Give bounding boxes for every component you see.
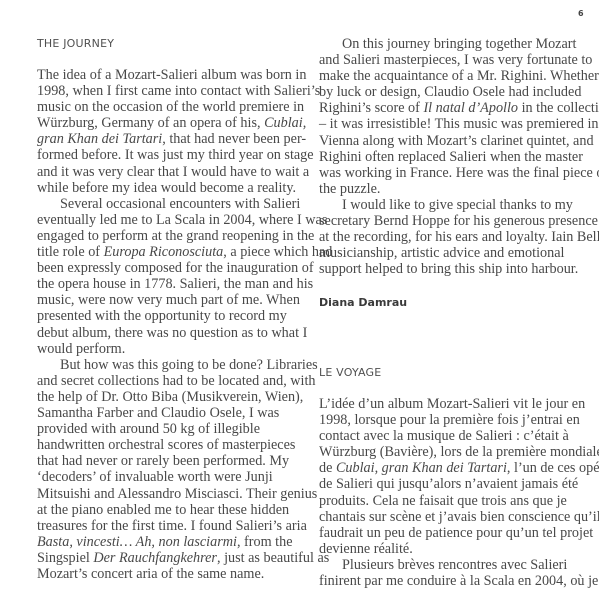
text-line: music on the occasion of the world premi… [37, 99, 302, 115]
text-line: Basta, vincesti… Ah, non lasciarmi, from… [37, 534, 302, 550]
text-line: provided with around 50 kg of illegible [37, 421, 302, 437]
text-line: title role of Europa Riconosciuta, a pie… [37, 244, 302, 260]
author-signature: Diana Damrau [319, 295, 407, 311]
text-line: produits. Cela ne faisait que trois ans … [319, 493, 589, 509]
text-line: On this journey bringing together Mozart [319, 36, 589, 52]
text-line: contact avec la musique de Salieri : c’é… [319, 428, 589, 444]
text-line: The idea of a Mozart-Salieri album was b… [37, 67, 302, 83]
text-line: faudrait un peu de patience pour qu’un t… [319, 525, 589, 541]
text-line: at the recording, for his ears and loyal… [319, 229, 589, 245]
text-line: chantais sur scène et j’avais bien consc… [319, 509, 589, 525]
text-line: L’idée d’un album Mozart-Salieri vit le … [319, 396, 589, 412]
text-line: – it was irresistible! This music was pr… [319, 116, 589, 132]
text-line: music, were now very much part of me. Wh… [37, 292, 302, 308]
text-line: Vienna along with Mozart’s clarinet quin… [319, 133, 589, 149]
paragraph: But how was this going to be done? Libra… [37, 357, 302, 582]
text-line: eventually led me to La Scala in 2004, w… [37, 212, 302, 228]
text-line: at the piano enabled me to hear these hi… [37, 502, 302, 518]
text-line: musicianship, artistic advice and emotio… [319, 245, 589, 261]
text-line: ‘decoders’ of invaluable worth were Junj… [37, 469, 302, 485]
paragraph: On this journey bringing together Mozart… [319, 36, 589, 197]
text-line: the opera house in 1778. Salieri, the ma… [37, 276, 302, 292]
paragraph: Plusieurs brèves rencontres avec Salieri… [319, 557, 589, 589]
text-line: while before my idea would become a real… [37, 180, 302, 196]
section-heading-voyage: LE VOYAGE [319, 365, 381, 381]
text-line: de Cublai, gran Khan dei Tartari, l’un d… [319, 460, 589, 476]
text-line: debut album, there was no question as to… [37, 325, 302, 341]
section-heading-journey: THE JOURNEY [37, 36, 114, 52]
text-line: Righini often replaced Salieri when the … [319, 149, 589, 165]
text-line: Würzburg, Germany of an opera of his, Cu… [37, 115, 302, 131]
opera-title: Il natal d’Apollo [423, 100, 518, 116]
opera-title: Cublai, gran Khan dei Tartari [336, 460, 507, 476]
text-line: would perform. [37, 341, 302, 357]
text-line: support helped to bring this ship into h… [319, 261, 589, 277]
text-line: that had never or rarely been performed.… [37, 453, 302, 469]
text-line: presented with the opportunity to record… [37, 308, 302, 324]
paragraph: I would like to give special thanks to m… [319, 197, 589, 277]
text-line: been expressly composed for the inaugura… [37, 260, 302, 276]
text-line: the help of Dr. Otto Biba (Musikverein, … [37, 389, 302, 405]
text-line: Samantha Farber and Claudio Osele, I was [37, 405, 302, 421]
opera-title: Europa Riconosciuta [104, 244, 224, 260]
text-line: de Salieri qui jusqu’alors n’avaient jam… [319, 476, 589, 492]
text-line: Righini’s score of Il natal d’Apollo in … [319, 100, 589, 116]
text-line: Würzburg (Bavière), lors de la première … [319, 444, 589, 460]
text-line: handwritten orchestral scores of masterp… [37, 437, 302, 453]
text-line: secretary Bernd Hoppe for his generous p… [319, 213, 589, 229]
text-line: was working in France. Here was the fina… [319, 165, 589, 181]
text-line: treasures for the first time. I found Sa… [37, 518, 302, 534]
text-line: make the acquaintance of a Mr. Righini. … [319, 68, 589, 84]
text-line: Plusieurs brèves rencontres avec Salieri [319, 557, 589, 573]
text-line: 1998, lorsque pour la première fois j’en… [319, 412, 589, 428]
text-line: Several occasional encounters with Salie… [37, 196, 302, 212]
text-line: Mitsuishi and Alessandro Misciasci. Thei… [37, 486, 302, 502]
opera-title: Cublai, [264, 115, 306, 131]
text-line: But how was this going to be done? Libra… [37, 357, 302, 373]
text-line: Mozart’s concert aria of the same name. [37, 566, 302, 582]
text-line: engaged to perform at the grand reopenin… [37, 228, 302, 244]
text-line: devienne réalité. [319, 541, 589, 557]
text-line: formed before. It was just my third year… [37, 147, 302, 163]
paragraph: L’idée d’un album Mozart-Salieri vit le … [319, 396, 589, 557]
paragraph: The idea of a Mozart-Salieri album was b… [37, 67, 302, 196]
text-line: Singspiel Der Rauchfangkehrer, just as b… [37, 550, 302, 566]
page-number: 6 [578, 9, 584, 18]
text-line: gran Khan dei Tartari, that had never be… [37, 131, 302, 147]
text-line: I would like to give special thanks to m… [319, 197, 589, 213]
text-line: and Salieri masterpieces, I was very for… [319, 52, 589, 68]
paragraph: Several occasional encounters with Salie… [37, 196, 302, 357]
text-line: and secret collections had to be located… [37, 373, 302, 389]
aria-title: Basta, vincesti… Ah, non lasciarmi [37, 534, 237, 550]
text-line: 1998, when I first came into contact wit… [37, 83, 302, 99]
text-line: and it was very clear that I would have … [37, 164, 302, 180]
text-line: finirent par me conduire à la Scala en 2… [319, 573, 589, 589]
text-line: by luck or design, Claudio Osele had inc… [319, 84, 589, 100]
singspiel-title: Der Rauchfangkehrer [93, 550, 217, 566]
text-line: the puzzle. [319, 181, 589, 197]
opera-title: gran Khan dei Tartari [37, 131, 162, 147]
